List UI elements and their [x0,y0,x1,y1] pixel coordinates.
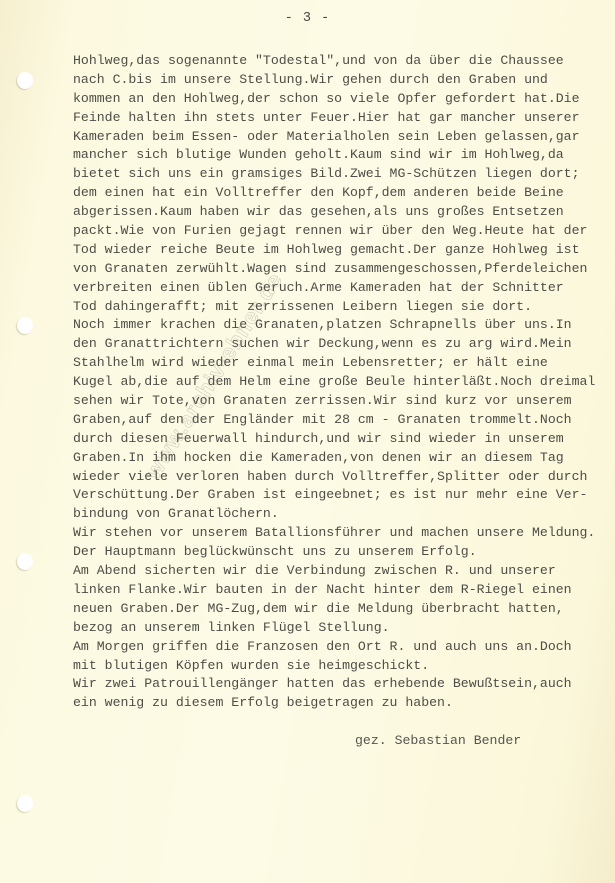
punch-hole [17,72,33,89]
text-line: bezog an unserem linken Flügel Stellung. [73,619,613,638]
page-number: - 3 - [0,11,615,26]
text-line: mancher sich blutige Wunden geholt.Kaum … [73,146,613,165]
signature: gez. Sebastian Bender [355,733,521,748]
text-line: bietet sich uns ein gramsiges Bild.Zwei … [73,165,613,184]
text-line: nach C.bis im unsere Stellung.Wir gehen … [73,71,613,90]
text-line: Am Morgen griffen die Franzosen den Ort … [73,638,613,657]
typewritten-body: Hohlweg,das sogenannte "Todestal",und vo… [73,52,613,713]
text-line: packt.Wie von Furien gejagt rennen wir ü… [73,222,613,241]
text-line: von Granaten zerwühlt.Wagen sind zusamme… [73,260,613,279]
punch-hole [17,317,33,334]
text-line: Feinde halten ihn stets unter Feuer.Hier… [73,109,613,128]
punch-hole [17,795,33,812]
text-line: Wir stehen vor unserem Batallionsführer … [73,524,613,543]
text-line: Hohlweg,das sogenannte "Todestal",und vo… [73,52,613,71]
text-line: bindung von Granatlöchern. [73,505,613,524]
text-line: ein wenig zu diesem Erfolg beigetragen z… [73,694,613,713]
text-line: sehen wir Tote,von Granaten zerrissen.Wi… [73,392,613,411]
text-line: Verschüttung.Der Graben ist eingeebnet; … [73,486,613,505]
text-line: dem einen hat ein Volltreffer den Kopf,d… [73,184,613,203]
text-line: den Granattrichtern suchen wir Deckung,w… [73,335,613,354]
text-line: Am Abend sicherten wir die Verbindung zw… [73,562,613,581]
text-line: Tod dahingerafft; mit zerrissenen Leiber… [73,298,613,317]
text-line: verbreiten einen üblen Geruch.Arme Kamer… [73,279,613,298]
text-line: Noch immer krachen die Granaten,platzen … [73,316,613,335]
text-line: linken Flanke.Wir bauten in der Nacht hi… [73,581,613,600]
punch-hole [17,553,33,570]
text-line: Der Hauptmann beglückwünscht uns zu unse… [73,543,613,562]
text-line: Graben,auf den der Engländer mit 28 cm -… [73,411,613,430]
text-line: Stahlhelm wird wieder einmal mein Lebens… [73,354,613,373]
text-line: Kugel ab,die auf dem Helm eine große Beu… [73,373,613,392]
document-page: - 3 - Hohlweg,das sogenannte "Todestal",… [0,0,615,883]
text-line: Wir zwei Patrouillengänger hatten das er… [73,675,613,694]
text-line: kommen an den Hohlweg,der schon so viele… [73,90,613,109]
text-line: neuen Graben.Der MG-Zug,dem wir die Meld… [73,600,613,619]
text-line: mit blutigen Köpfen wurden sie heimgesch… [73,657,613,676]
text-line: Kameraden beim Essen- oder Materialholen… [73,128,613,147]
text-line: abgerissen.Kaum haben wir das gesehen,al… [73,203,613,222]
text-line: Tod wieder reiche Beute im Hohlweg gemac… [73,241,613,260]
